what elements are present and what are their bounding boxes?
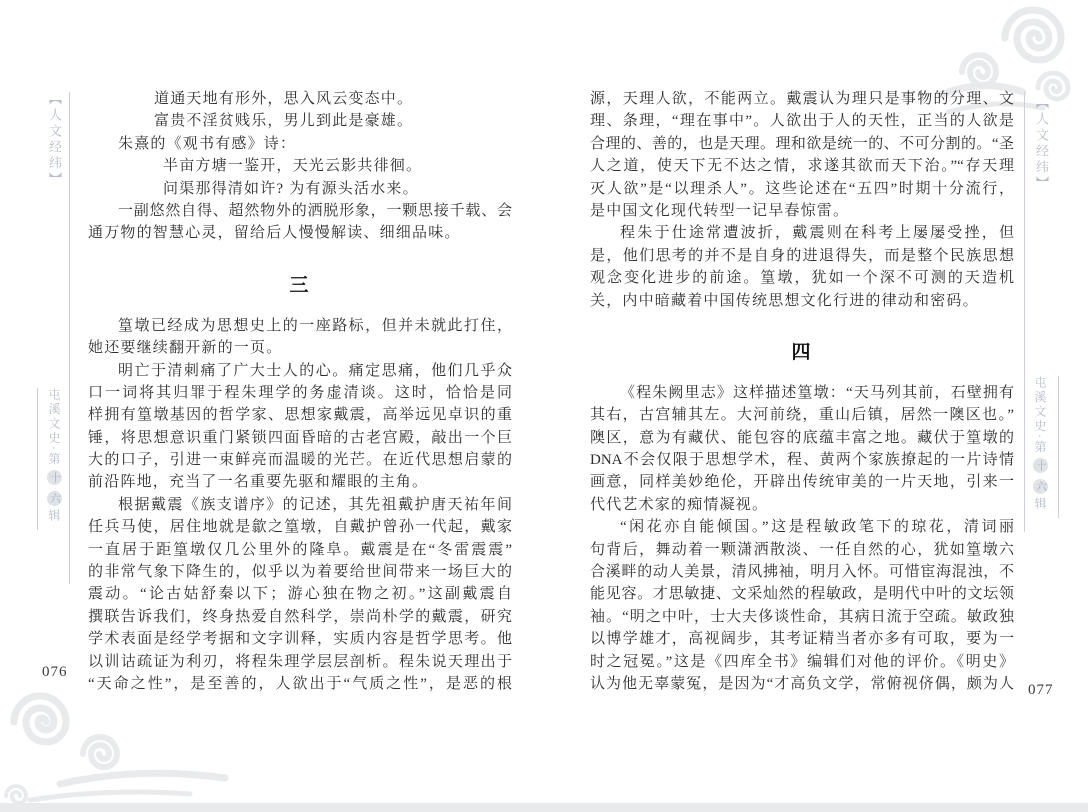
series-prefix: 屯溪文史 [47, 388, 61, 446]
book-spread: 【人文经纬】 屯溪文史·第十六辑 【人文经纬】 屯溪文史·第十六辑 道通天地有形… [0, 0, 1088, 812]
text-line: 灭人欲”是“以理杀人”。这些论述在“五四”时期十分流行， [590, 178, 1014, 200]
text-line: 一副悠然自得、超然物外的洒脱形象，一颗思接千载、会 [88, 200, 512, 222]
text-line: 一直居于距篁墩仅几公里外的隆阜。戴震是在“冬雷震震” [88, 539, 512, 561]
left-page-text: 道通天地有形外，思入风云变态中。富贵不淫贫贱乐，男儿到此是豪雄。朱熹的《观书有感… [88, 88, 512, 695]
text-line: 朱熹的《观书有感》诗： [88, 133, 512, 155]
text-line: 合理的、善的，也是天理。理和欲是统一的、不可分割的。“圣 [590, 133, 1014, 155]
text-line: 合溪畔的动人美景，清风拂袖，明月入怀。可惜宦海混浊，不 [590, 561, 1014, 583]
text-line: 理、条理，“理在事中”。人欲出于人的天性，正当的人欲是 [590, 110, 1014, 132]
text-line: 任兵马使，居住地就是歙之篁墩，自戴护曾孙一代起，戴家 [88, 516, 512, 538]
series-suffix: 辑 [1033, 497, 1047, 512]
section-heading: 三 [88, 273, 512, 299]
text-line: “天命之性”，是至善的，人欲出于“气质之性”，是恶的根 [88, 673, 512, 695]
text-line: 代代艺术家的痴情凝视。 [590, 494, 1014, 516]
series-suffix: 辑 [47, 509, 61, 524]
bottom-bar [0, 803, 1088, 812]
text-line: 篁墩已经成为思想史上的一座路标，但并未就此打住， [88, 315, 512, 337]
text-line: 关，内中暗藏着中国传统思想文化行进的律动和密码。 [590, 290, 1014, 312]
text-line: 《程朱阙里志》这样描述篁墩：“天马列其前，石壁拥有 [590, 382, 1014, 404]
text-line: “闲花亦自能倾国。”这是程敏政笔下的琼花，清词丽 [590, 516, 1014, 538]
text-line: 样拥有篁墩基因的哲学家、思想家戴震，高举远见卓识的重 [88, 404, 512, 426]
text-line: 的非常气象下降生的，似乎以为着要给世间带来一场巨大的 [88, 561, 512, 583]
text-line: 是，他们思考的并不是自身的进退得失，而是整个民族思想 [590, 245, 1014, 267]
series-badge-ten: 十 [1033, 458, 1048, 473]
text-line: 句背后，舞动着一颗潇洒散淡、一任自然的心，犹如篁墩六 [590, 539, 1014, 561]
right-page-text: 源，天理人欲，不能两立。戴震认为理只是事物的分理、文理、条理，“理在事中”。人欲… [590, 88, 1014, 695]
text-line: 锤，将思想意识重门紧锁四面昏暗的古老宫殿，敲出一个巨 [88, 427, 512, 449]
text-line: 撰联告诉我们，终身热爱自然科学，崇尚朴学的戴震，研究 [88, 606, 512, 628]
text-line: 道通天地有形外，思入风云变态中。 [88, 88, 512, 110]
text-line: 源，天理人欲，不能两立。戴震认为理只是事物的分理、文 [590, 88, 1014, 110]
page-number-left: 076 [42, 664, 68, 681]
text-line: 以博学雄才，高视阔步，其考证精当者亦多有可取，要为一 [590, 628, 1014, 650]
text-line: 明亡于清刺痛了广大士人的心。痛定思痛，他们几乎众 [88, 360, 512, 382]
margin-rule [1024, 92, 1025, 532]
text-line: 时之冠冕。”这是《四库全书》编辑们对他的评价。《明史》 [590, 651, 1014, 673]
text-line: 画意，同样美妙绝伦，开辟出传统审美的一片天地，引来一 [590, 471, 1014, 493]
series-badge-six: 六 [1033, 479, 1048, 494]
text-line: 前沿阵地，充当了一名重要先驱和耀眼的主角。 [88, 471, 512, 493]
section-heading: 四 [590, 340, 1014, 366]
series-rule [37, 388, 38, 530]
series-label: 屯溪文史·第十六辑 [1032, 376, 1049, 512]
series-badge-ten: 十 [47, 470, 62, 485]
text-line: 根据戴震《族支谱序》的记述，其先祖戴护唐天祐年间 [88, 494, 512, 516]
series-label: 屯溪文史·第十六辑 [46, 388, 63, 524]
cloud-motif-bottom-left-icon [0, 688, 230, 812]
text-line: 能见容。才思敏捷、文采灿然的程敏政，是明代中叶的文坛领 [590, 583, 1014, 605]
text-line: 观念变化进步的前途。篁墩，犹如一个深不可测的天造机 [590, 267, 1014, 289]
text-line: 认为他无辜蒙冤，是因为“才高负文学，常俯视侪偶，颇为人 [590, 673, 1014, 695]
text-line: 袖。“明之中叶，士大夫侈谈性命，其病日流于空疏。敏政独 [590, 606, 1014, 628]
margin-rule [69, 92, 70, 584]
series-di: 第 [47, 453, 61, 468]
text-line: 问渠那得清如许? 为有源头活水来。 [88, 178, 512, 200]
text-line: 学术表面是经学考据和文字训释，实质内容是哲学思考。他 [88, 628, 512, 650]
text-line: 口一词将其归罪于程朱理学的务虚清谈。这时，恰恰是同 [88, 382, 512, 404]
text-line: 半亩方塘一鉴开，天光云影共徘徊。 [88, 155, 512, 177]
page-number-right: 077 [1028, 682, 1054, 699]
text-line: 其右，古宫辅其左。大河前绕，重山后镇，居然一隩区也。” [590, 404, 1014, 426]
text-line: 以训诂疏证为利刃，将程朱理学层层剖析。程朱说天理出于 [88, 651, 512, 673]
text-line: 人之道，使天下无不达之情，求遂其欲而天下治。”“存天理 [590, 155, 1014, 177]
text-line: 程朱于仕途常遭波折，戴震则在科考上屡屡受挫，但 [590, 222, 1014, 244]
column-title-label: 【人文经纬】 [45, 92, 64, 188]
series-rule [1058, 376, 1059, 518]
text-line: 隩区，意为有藏伏、能包容的底蕴丰富之地。藏伏于篁墩的 [590, 427, 1014, 449]
text-line: 大的口子，引进一束鲜亮而温暖的光芒。在近代思想启蒙的 [88, 449, 512, 471]
text-line: 她还要继续翻开新的一页。 [88, 337, 512, 359]
column-title-label: 【人文经纬】 [1032, 96, 1051, 192]
text-line: 富贵不淫贫贱乐，男儿到此是豪雄。 [88, 110, 512, 132]
series-prefix: 屯溪文史 [1033, 376, 1047, 434]
series-di: 第 [1033, 441, 1047, 456]
text-line: 震动。“论古姑舒秦以下；游心独在物之初。”这副戴震自 [88, 583, 512, 605]
text-line: DNA不会仅限于思想学术，程、黄两个家族撩起的一片诗情 [590, 449, 1014, 471]
series-badge-six: 六 [47, 491, 62, 506]
text-line: 通万物的智慧心灵，留给后人慢慢解读、细细品味。 [88, 222, 512, 244]
text-line: 是中国文化现代转型一记早春惊雷。 [590, 200, 1014, 222]
